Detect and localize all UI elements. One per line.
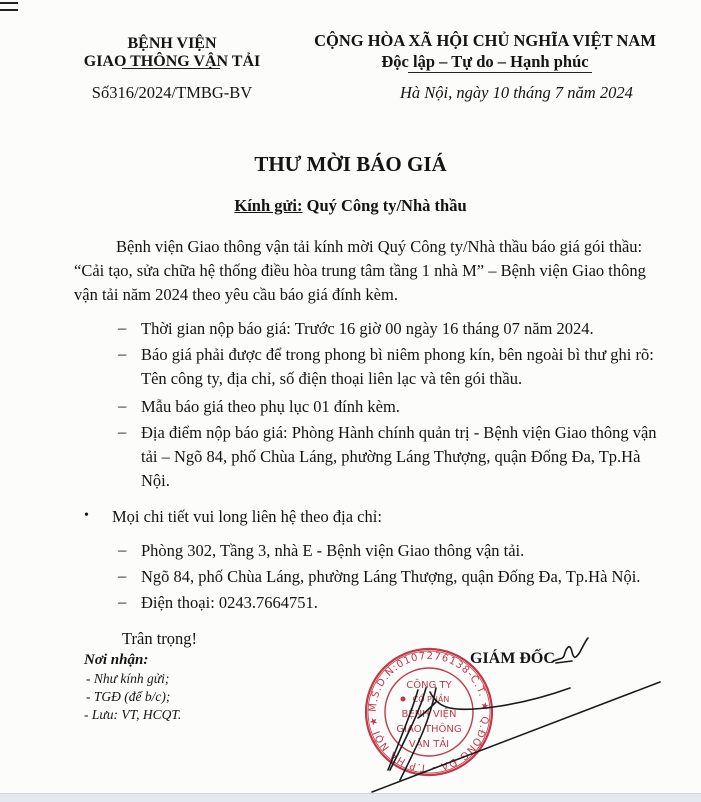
list-dash: – (118, 540, 126, 560)
document-page: BỆNH VIỆN GIAO THÔNG VẬN TẢI Số316/2024/… (0, 0, 701, 793)
intro-line-3: vận tải năm 2024 theo yêu cầu báo giá đí… (74, 284, 398, 306)
national-motto: Độc lập – Tự do – Hạnh phúc (285, 52, 685, 72)
org-name-line1: BỆNH VIỆN (62, 34, 282, 54)
bullet-icon: • (84, 508, 89, 524)
recipient-item-3: - Lưu: VT, HCQT. (84, 707, 181, 723)
place-date: Hà Nội, ngày 10 tháng 7 năm 2024 (400, 83, 633, 103)
requirement-1: Thời gian nộp báo giá: Trước 16 giờ 00 n… (141, 318, 594, 340)
signature-icon (360, 630, 700, 795)
addressee-value: Quý Công ty/Nhà thầu (303, 196, 467, 215)
addressee-label: Kính gửi: (234, 196, 302, 215)
list-dash: – (118, 592, 126, 612)
list-dash: – (118, 566, 126, 586)
document-number: Số316/2024/TMBG-BV (62, 83, 282, 103)
nation-heading: CỘNG HÒA XÃ HỘI CHỦ NGHĨA VIỆT NAM (285, 31, 685, 51)
requirement-4-line-2: tải – Ngõ 84, phố Chùa Láng, phường Láng… (141, 446, 640, 468)
org-name-line2: GIAO THÔNG VẬN TẢI (62, 52, 282, 72)
requirement-2-line-2: Tên công ty, địa chỉ, số điện thoại liên… (141, 368, 522, 390)
requirement-4-line-1: Địa điểm nộp báo giá: Phòng Hành chính q… (141, 422, 657, 444)
document-title: THƯ MỜI BÁO GIÁ (0, 152, 701, 177)
contact-item-3: Điện thoại: 0243.7664751. (141, 592, 318, 614)
motto-underline (408, 72, 592, 73)
list-dash: – (118, 344, 126, 364)
requirement-3: Mẫu báo giá theo phụ lục 01 đính kèm. (141, 396, 400, 418)
contact-heading: Mọi chi tiết vui long liên hệ theo địa c… (112, 506, 382, 528)
viewer-bottom-edge (0, 793, 701, 802)
intro-line-2: “Cải tạo, sửa chữa hệ thống điều hòa tru… (74, 260, 646, 282)
scan-edge-mark (0, 2, 18, 11)
intro-line-1: Bệnh viện Giao thông vận tải kính mời Qu… (116, 236, 642, 258)
recipients-label: Nơi nhận: (84, 652, 148, 669)
requirement-2-line-1: Báo giá phải được để trong phong bì niêm… (141, 344, 654, 366)
requirement-4-line-3: Nội. (141, 470, 170, 492)
addressee: Kính gửi: Quý Công ty/Nhà thầu (0, 196, 701, 216)
contact-item-1: Phòng 302, Tầng 3, nhà E - Bệnh viện Gia… (141, 540, 524, 562)
recipient-item-1: - Như kính gửi; (86, 671, 169, 687)
list-dash: – (118, 422, 126, 442)
list-dash: – (118, 396, 126, 416)
org-underline (122, 68, 220, 69)
recipient-item-2: - TGĐ (để b/c); (86, 689, 170, 705)
closing-text: Trân trọng! (122, 628, 197, 650)
list-dash: – (118, 318, 126, 338)
contact-item-2: Ngõ 84, phố Chùa Láng, phường Láng Thượn… (141, 566, 640, 588)
